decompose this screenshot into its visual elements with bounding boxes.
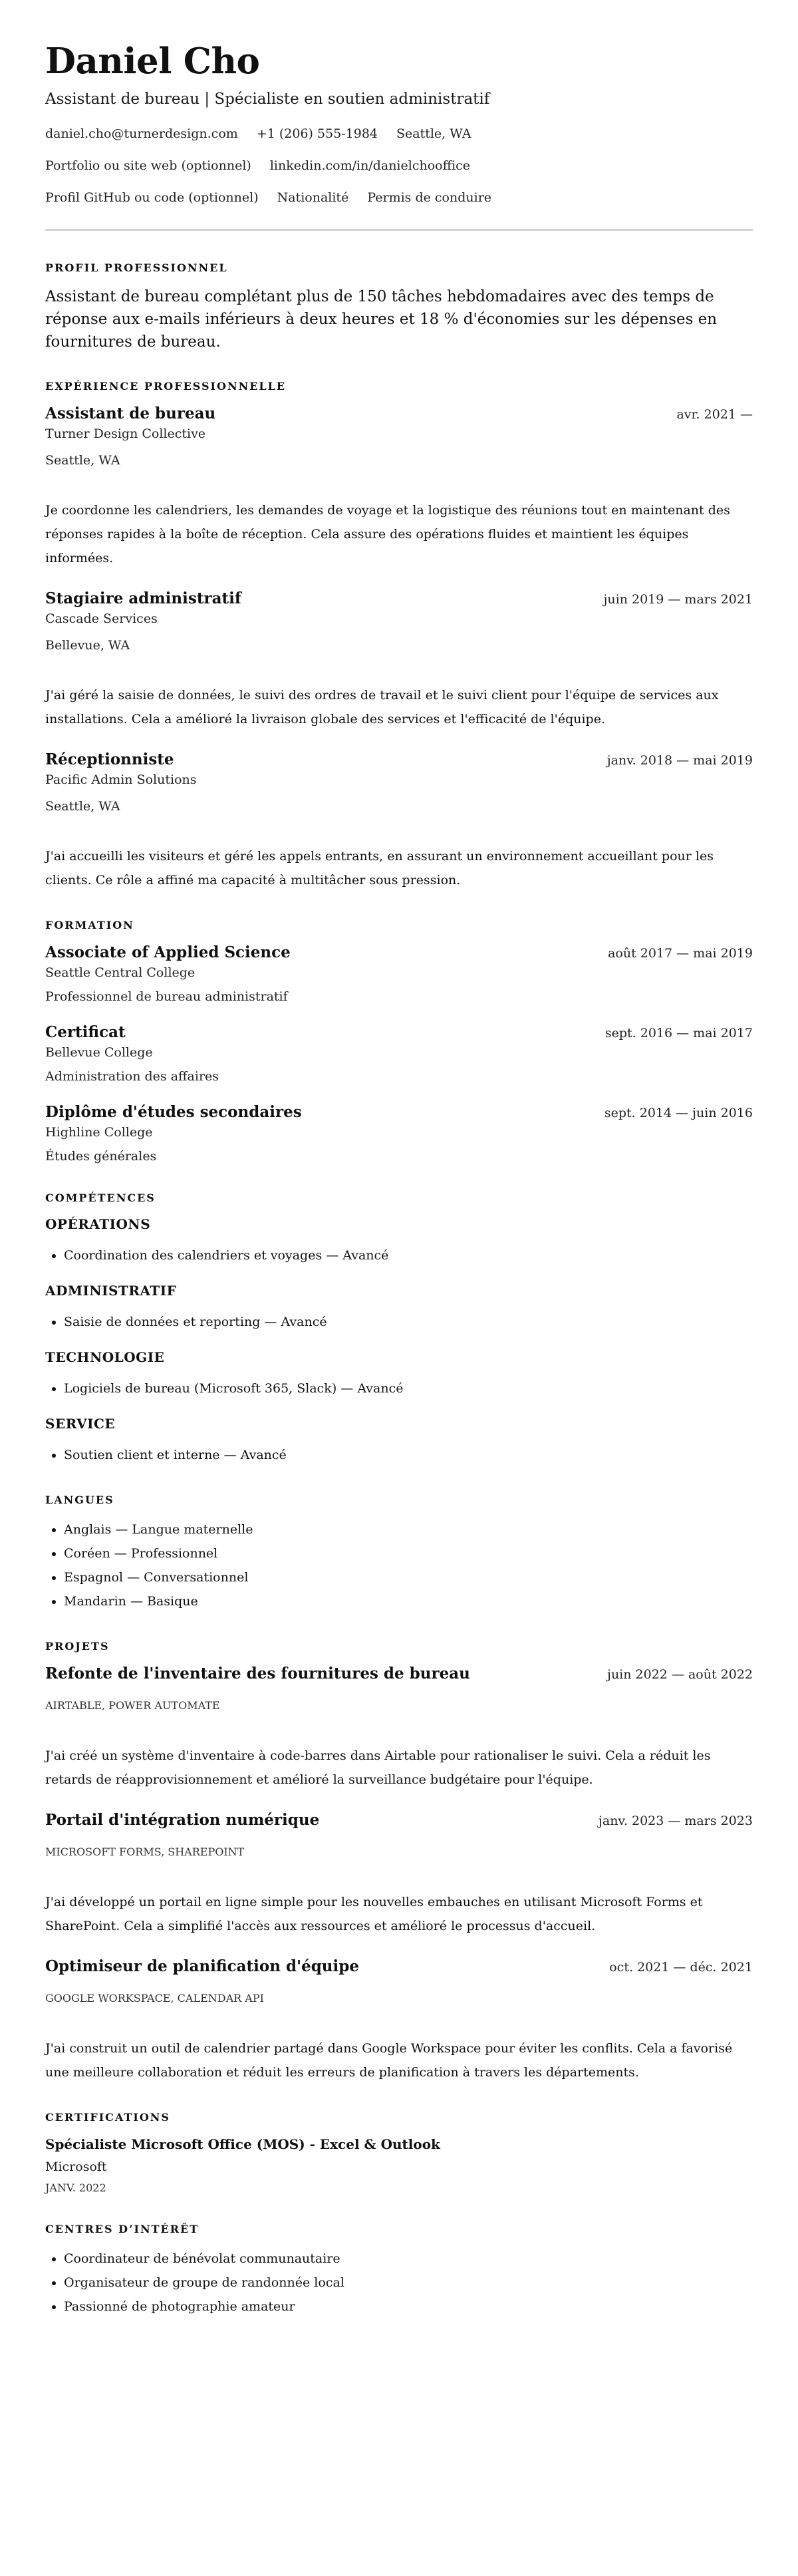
section-title: LANGUES	[45, 1494, 753, 1507]
school-name: Seattle Central College	[45, 964, 753, 981]
education-entry: Diplôme d'études secondairessept. 2014 —…	[45, 1102, 753, 1165]
education-dates: sept. 2014 — juin 2016	[604, 1104, 753, 1122]
certification-name: Spécialiste Microsoft Office (MOS) - Exc…	[45, 2135, 753, 2154]
entry-header: Associate of Applied Scienceaoût 2017 — …	[45, 943, 753, 963]
company-name: Pacific Admin Solutions	[45, 771, 753, 788]
contact-item: Portfolio ou site web (optionnel)	[45, 157, 251, 174]
contact-row: daniel.cho@turnerdesign.com+1 (206) 555-…	[45, 125, 753, 142]
degree-title: Diplôme d'études secondaires	[45, 1102, 302, 1122]
certification-entry: Spécialiste Microsoft Office (MOS) - Exc…	[45, 2135, 753, 2196]
skill-item: Logiciels de bureau (Microsoft 365, Slac…	[64, 1376, 753, 1400]
job-dates: juin 2019 — mars 2021	[604, 591, 753, 608]
resume-page: Daniel Cho Assistant de bureau | Spécial…	[0, 0, 798, 2372]
job-description: J'ai accueilli les visiteurs et géré les…	[45, 844, 753, 892]
skill-group-title: TECHNOLOGIE	[45, 1349, 753, 1366]
experience-entry: Stagiaire administratifjuin 2019 — mars …	[45, 589, 753, 731]
entry-header: Refonte de l'inventaire des fournitures …	[45, 1664, 753, 1684]
language-item: Coréen — Professionnel	[64, 1541, 753, 1565]
experience-section: EXPÉRIENCE PROFESSIONNELLE Assistant de …	[45, 380, 753, 892]
language-item: Mandarin — Basique	[64, 1589, 753, 1613]
project-description: J'ai construit un outil de calendrier pa…	[45, 2036, 753, 2084]
entry-header: Assistant de bureauavr. 2021 —	[45, 404, 753, 424]
project-entry: Optimiseur de planification d'équipeoct.…	[45, 1957, 753, 2084]
contact-item: Seattle, WA	[396, 125, 471, 142]
project-dates: juin 2022 — août 2022	[607, 1666, 753, 1683]
education-dates: août 2017 — mai 2019	[608, 945, 753, 962]
job-location: Seattle, WA	[45, 798, 753, 815]
contact-item: Permis de conduire	[367, 189, 491, 206]
language-item: Espagnol — Conversationnel	[64, 1565, 753, 1589]
languages-list: Anglais — Langue maternelleCoréen — Prof…	[45, 1518, 753, 1613]
skill-list: Logiciels de bureau (Microsoft 365, Slac…	[45, 1376, 753, 1400]
skills-section: COMPÉTENCES OPÉRATIONSCoordination des c…	[45, 1192, 753, 1467]
language-item: Anglais — Langue maternelle	[64, 1518, 753, 1541]
entry-header: Portail d'intégration numériquejanv. 202…	[45, 1810, 753, 1830]
field-of-study: Études générales	[45, 1148, 753, 1165]
experience-entry: Assistant de bureauavr. 2021 —Turner Des…	[45, 404, 753, 570]
contact-link[interactable]: daniel.cho@turnerdesign.com	[45, 125, 238, 142]
contact-row: Profil GitHub ou code (optionnel)Nationa…	[45, 189, 753, 206]
contact-item: Profil GitHub ou code (optionnel)	[45, 189, 259, 206]
entry-header: Optimiseur de planification d'équipeoct.…	[45, 1957, 753, 1977]
education-list: Associate of Applied Scienceaoût 2017 — …	[45, 943, 753, 1165]
education-dates: sept. 2016 — mai 2017	[605, 1025, 753, 1042]
profile-summary: Assistant de bureau complétant plus de 1…	[45, 285, 753, 353]
skills-list: OPÉRATIONSCoordination des calendriers e…	[45, 1215, 753, 1467]
project-dates: janv. 2023 — mars 2023	[598, 1812, 753, 1830]
project-description: J'ai créé un système d'inventaire à code…	[45, 1744, 753, 1792]
job-description: J'ai géré la saisie de données, le suivi…	[45, 683, 753, 731]
degree-title: Associate of Applied Science	[45, 943, 291, 963]
skill-list: Soutien client et interne — Avancé	[45, 1443, 753, 1467]
section-title: COMPÉTENCES	[45, 1192, 753, 1205]
skill-group: OPÉRATIONSCoordination des calendriers e…	[45, 1215, 753, 1267]
entry-header: Diplôme d'études secondairessept. 2014 —…	[45, 1102, 753, 1122]
education-entry: Associate of Applied Scienceaoût 2017 — …	[45, 943, 753, 1005]
entry-header: Réceptionnistejanv. 2018 — mai 2019	[45, 750, 753, 770]
skill-item: Coordination des calendriers et voyages …	[64, 1243, 753, 1267]
skill-group: SERVICESoutien client et interne — Avanc…	[45, 1415, 753, 1467]
experience-list: Assistant de bureauavr. 2021 —Turner Des…	[45, 404, 753, 892]
projects-list: Refonte de l'inventaire des fournitures …	[45, 1664, 753, 2084]
section-title: PROFIL PROFESSIONNEL	[45, 261, 753, 275]
job-dates: avr. 2021 —	[676, 406, 753, 423]
project-tech-stack: AIRTABLE, POWER AUTOMATE	[45, 1698, 753, 1713]
entry-header: Certificatsept. 2016 — mai 2017	[45, 1023, 753, 1043]
project-name: Refonte de l'inventaire des fournitures …	[45, 1664, 470, 1684]
project-description: J'ai développé un portail en ligne simpl…	[45, 1890, 753, 1938]
job-title: Stagiaire administratif	[45, 589, 241, 609]
projects-section: PROJETS Refonte de l'inventaire des four…	[45, 1640, 753, 2084]
contact-info: daniel.cho@turnerdesign.com+1 (206) 555-…	[45, 125, 753, 206]
school-name: Bellevue College	[45, 1044, 753, 1061]
field-of-study: Professionnel de bureau administratif	[45, 988, 753, 1005]
company-name: Turner Design Collective	[45, 425, 753, 442]
header-divider	[45, 229, 753, 231]
entry-header: Stagiaire administratifjuin 2019 — mars …	[45, 589, 753, 609]
certification-issuer: Microsoft	[45, 2158, 753, 2176]
profile-section: PROFIL PROFESSIONNEL Assistant de bureau…	[45, 261, 753, 353]
job-location: Bellevue, WA	[45, 637, 753, 654]
education-section: FORMATION Associate of Applied Scienceao…	[45, 919, 753, 1165]
education-entry: Certificatsept. 2016 — mai 2017Bellevue …	[45, 1023, 753, 1085]
skill-group-title: ADMINISTRATIF	[45, 1282, 753, 1299]
section-title: FORMATION	[45, 919, 753, 932]
certification-date: JANV. 2022	[45, 2180, 753, 2196]
contact-link[interactable]: linkedin.com/in/danielchooffice	[270, 157, 470, 174]
skill-item: Soutien client et interne — Avancé	[64, 1443, 753, 1467]
interest-item: Organisateur de groupe de randonnée loca…	[64, 2271, 753, 2295]
contact-item: Nationalité	[277, 189, 349, 206]
section-title: PROJETS	[45, 1640, 753, 1653]
job-title: Réceptionniste	[45, 750, 174, 770]
project-dates: oct. 2021 — déc. 2021	[609, 1959, 753, 1976]
project-entry: Portail d'intégration numériquejanv. 202…	[45, 1810, 753, 1938]
languages-section: LANGUES Anglais — Langue maternelleCorée…	[45, 1494, 753, 1613]
project-tech-stack: GOOGLE WORKSPACE, CALENDAR API	[45, 1991, 753, 2006]
candidate-name: Daniel Cho	[45, 40, 753, 82]
certifications-section: CERTIFICATIONS Spécialiste Microsoft Off…	[45, 2111, 753, 2196]
section-title: CERTIFICATIONS	[45, 2111, 753, 2124]
interest-item: Passionné de photographie amateur	[64, 2295, 753, 2319]
experience-entry: Réceptionnistejanv. 2018 — mai 2019Pacif…	[45, 750, 753, 892]
project-entry: Refonte de l'inventaire des fournitures …	[45, 1664, 753, 1792]
skill-group-title: OPÉRATIONS	[45, 1215, 753, 1233]
field-of-study: Administration des affaires	[45, 1068, 753, 1085]
section-title: CENTRES D’INTÉRÊT	[45, 2223, 753, 2236]
skill-list: Coordination des calendriers et voyages …	[45, 1243, 753, 1267]
contact-row: Portfolio ou site web (optionnel)linkedi…	[45, 157, 753, 174]
skill-group-title: SERVICE	[45, 1415, 753, 1432]
company-name: Cascade Services	[45, 610, 753, 627]
degree-title: Certificat	[45, 1023, 126, 1043]
contact-link[interactable]: +1 (206) 555-1984	[257, 125, 378, 142]
section-title: EXPÉRIENCE PROFESSIONNELLE	[45, 380, 753, 393]
interests-section: CENTRES D’INTÉRÊT Coordinateur de bénévo…	[45, 2223, 753, 2319]
certifications-list: Spécialiste Microsoft Office (MOS) - Exc…	[45, 2135, 753, 2196]
project-name: Portail d'intégration numérique	[45, 1810, 319, 1830]
skill-group: ADMINISTRATIFSaisie de données et report…	[45, 1282, 753, 1334]
job-location: Seattle, WA	[45, 452, 753, 469]
job-dates: janv. 2018 — mai 2019	[607, 752, 753, 769]
resume-header: Daniel Cho Assistant de bureau | Spécial…	[45, 40, 753, 206]
job-title: Assistant de bureau	[45, 404, 215, 424]
interests-list: Coordinateur de bénévolat communautaireO…	[45, 2247, 753, 2319]
skill-item: Saisie de données et reporting — Avancé	[64, 1310, 753, 1334]
interest-item: Coordinateur de bénévolat communautaire	[64, 2247, 753, 2271]
job-description: Je coordonne les calendriers, les demand…	[45, 498, 753, 570]
skill-group: TECHNOLOGIELogiciels de bureau (Microsof…	[45, 1349, 753, 1400]
skill-list: Saisie de données et reporting — Avancé	[45, 1310, 753, 1334]
project-name: Optimiseur de planification d'équipe	[45, 1957, 359, 1977]
candidate-headline: Assistant de bureau | Spécialiste en sou…	[45, 89, 753, 109]
project-tech-stack: MICROSOFT FORMS, SHAREPOINT	[45, 1845, 753, 1859]
school-name: Highline College	[45, 1124, 753, 1141]
